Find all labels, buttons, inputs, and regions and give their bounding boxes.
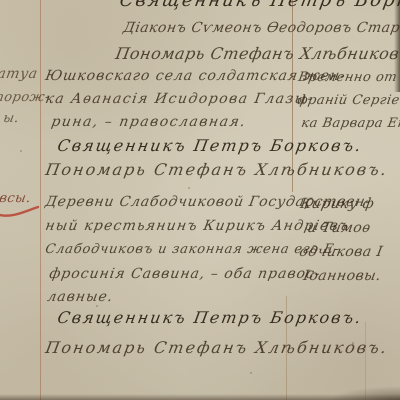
entry3-right-line: Іоанновы. — [302, 268, 383, 284]
entry3-right-line: одчикова І — [298, 244, 384, 260]
margin-fragment: ы. — [2, 111, 20, 126]
entry3-ponomar-signature: Пономарь Стефанъ Хлѣбниковъ. — [44, 338, 390, 357]
entry2-priest-signature: Священникъ Петръ Борковъ. — [56, 136, 364, 155]
paper-speck — [250, 372, 252, 374]
entry3-left-line: фросинія Саввина, – оба правос- — [48, 266, 322, 282]
red-underline-mark — [0, 198, 42, 222]
entry3-left-line: Слабодчиковъ и законная жена его Е- — [44, 242, 341, 257]
paper-speck — [188, 187, 190, 189]
scan-edge-shadow-corner — [330, 386, 400, 400]
entry3-left-line: лавные. — [46, 289, 115, 305]
top-priest-line: Священникъ Петръ Борковъ — [118, 0, 400, 11]
entry2-right-line: франій Сергіевъ О — [296, 93, 400, 108]
paper-speck — [96, 305, 98, 307]
top-deacon-line: Діаконъ Сѵмеонъ Ѳеодоровъ Стародубцевъ — [122, 20, 400, 36]
entry3-priest-signature: Священникъ Петръ Борковъ. — [56, 308, 364, 327]
entry3-right-line: и Тимоѳ — [306, 220, 372, 236]
margin-fragment: порож- — [0, 90, 51, 105]
paper-speck — [20, 150, 22, 152]
entry2-left-line: ка Аѳанасія Исидорова Глазы- — [44, 91, 315, 107]
manuscript-page: Священникъ Петръ Борковъ Діаконъ Сѵмеонъ… — [0, 0, 400, 400]
entry3-right-line: Кирику ф — [299, 196, 376, 212]
entry2-ponomar-signature: Пономарь Стефанъ Хлѣбниковъ. — [44, 160, 390, 179]
margin-fragment: атуа — [0, 66, 39, 82]
entry3-left-line: ный крестьянинъ Кирикъ Андріевъ — [44, 218, 351, 234]
entry2-left-line: рина, – православная. — [50, 114, 248, 130]
entry2-right-line: ка Варвара Ек — [300, 116, 400, 131]
entry2-right-line: Временно от — [297, 70, 398, 85]
top-ponomar-line: Пономарь Стефанъ Хлѣбниковъ. — [114, 44, 400, 63]
